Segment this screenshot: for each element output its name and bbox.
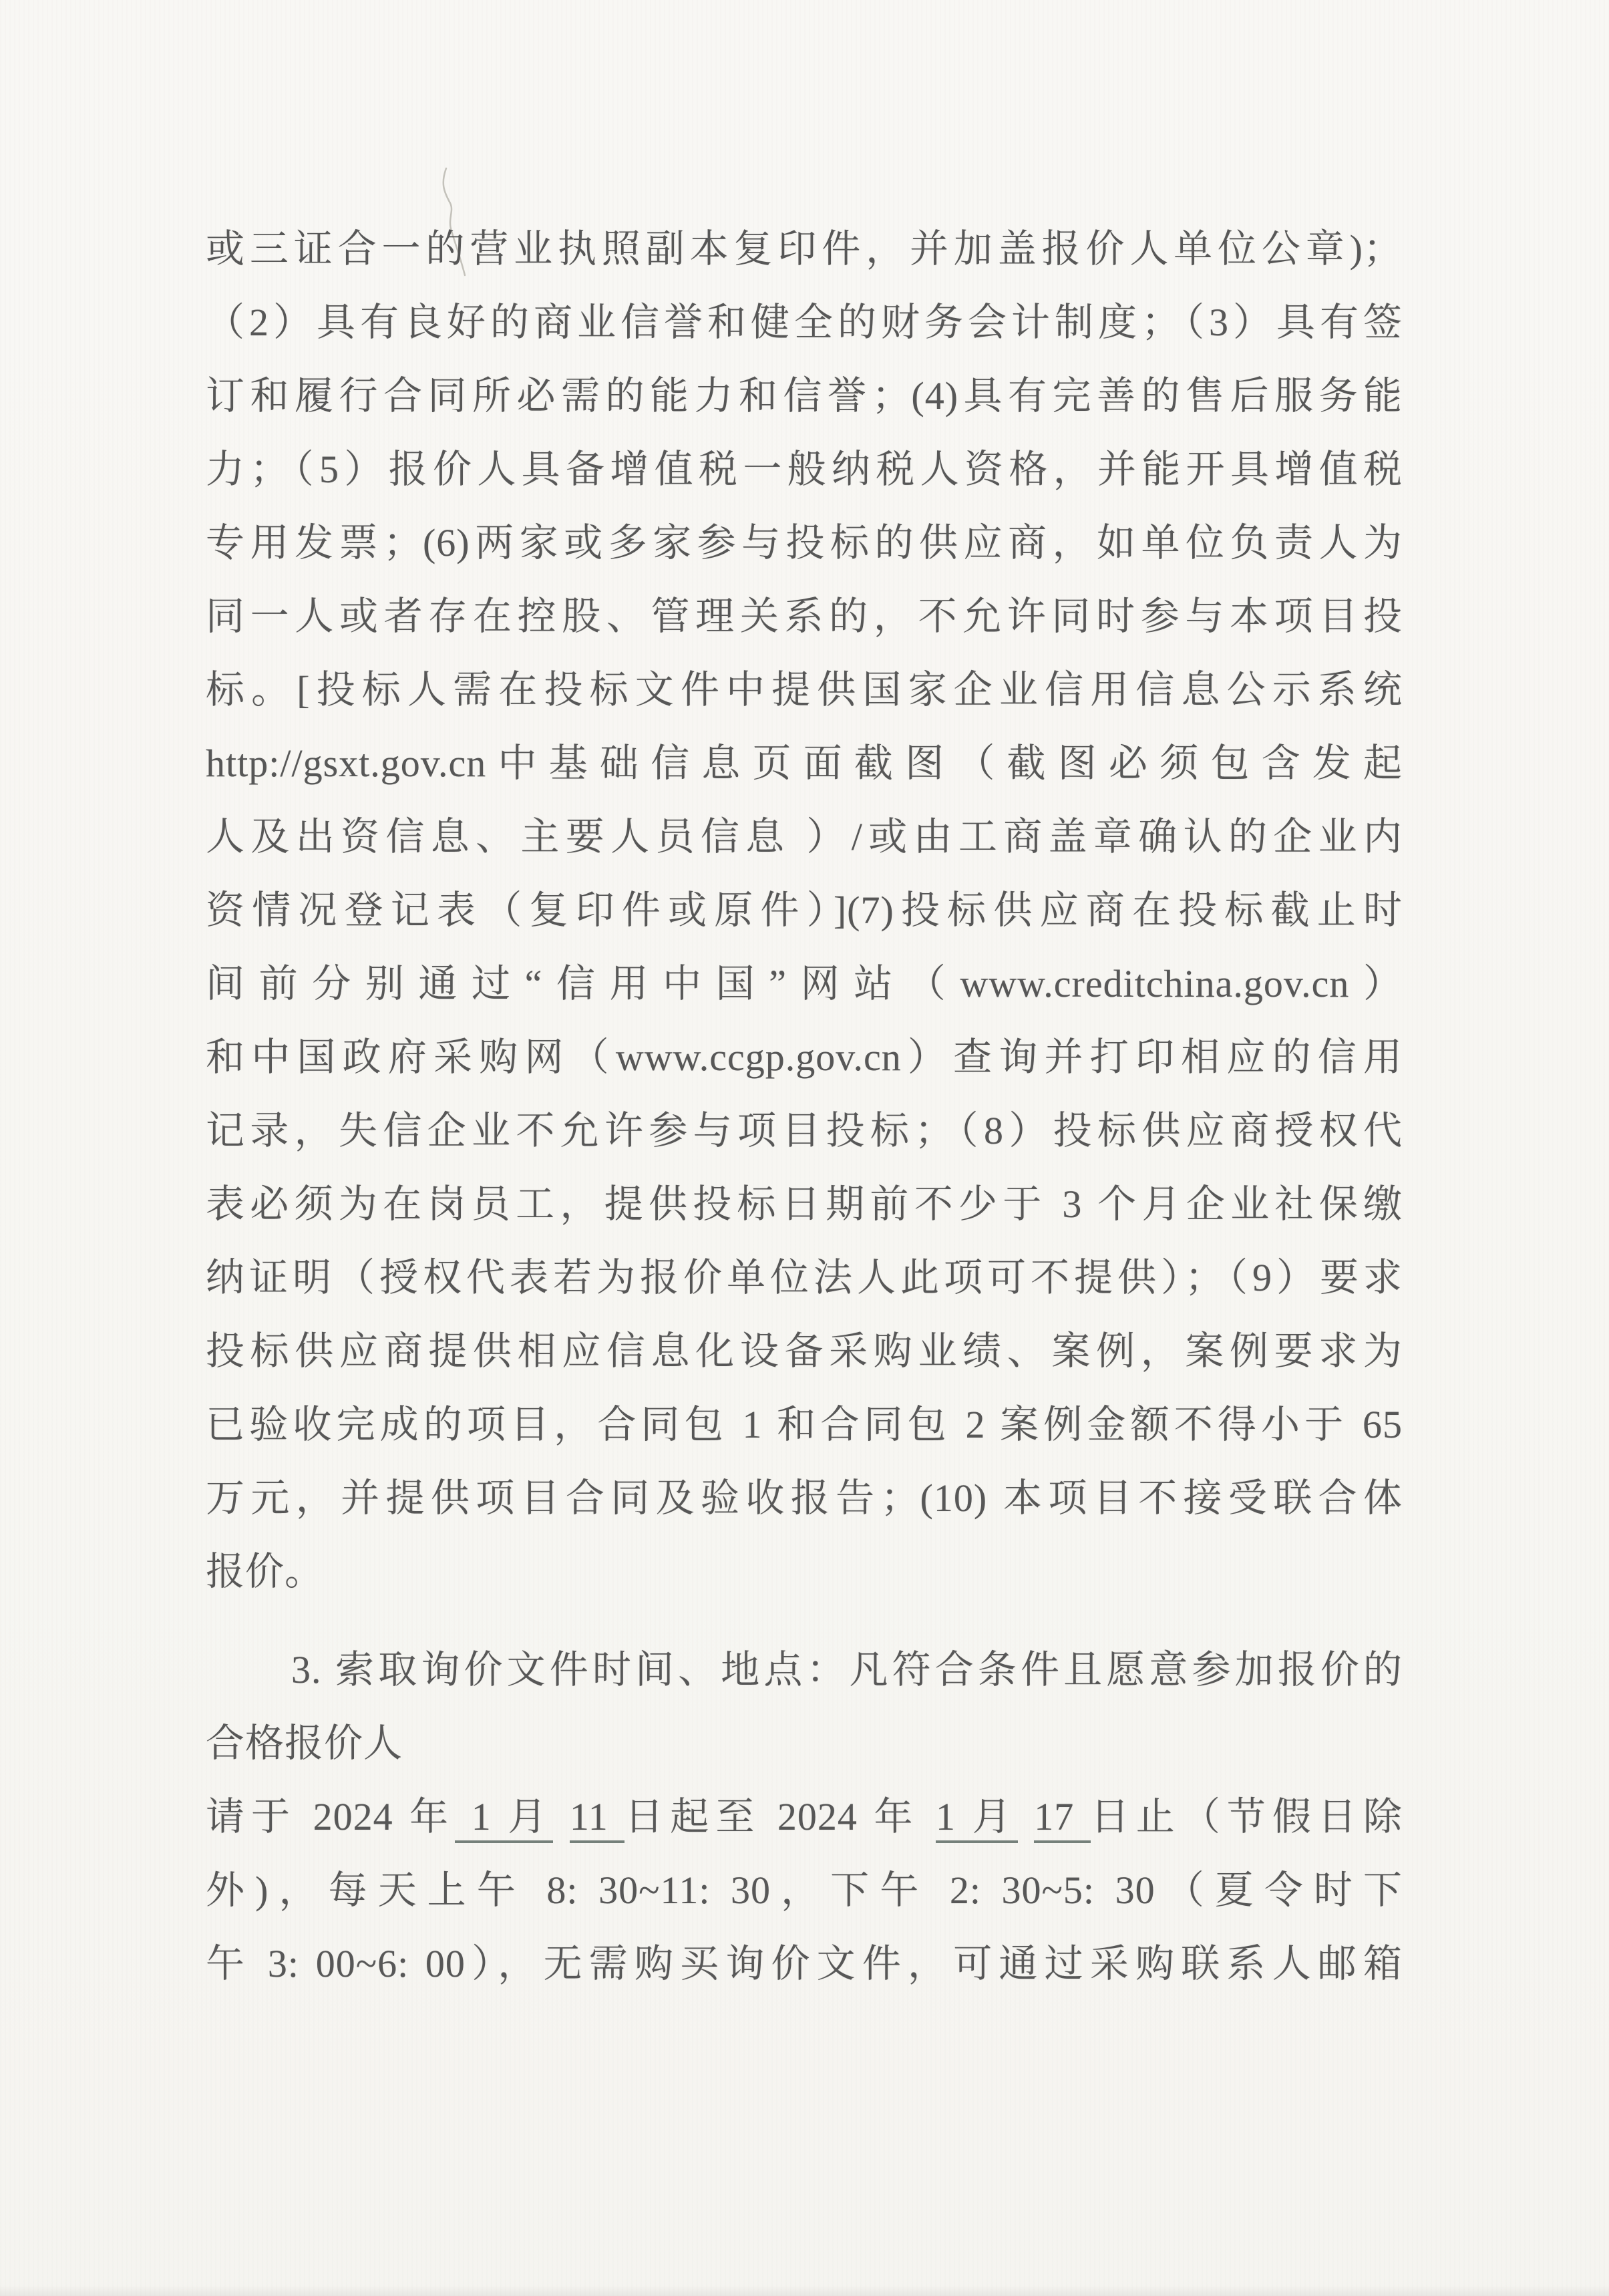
body-text-line: 和中国政府采购网（www.ccgp.gov.cn）查询并打印相应的信用	[206, 1021, 1403, 1094]
body-text-line: 标。[投标人需在投标文件中提供国家企业信用信息公示系统	[206, 653, 1403, 727]
body-text-line: 或三证合一的营业执照副本复印件，并加盖报价人单位公章)；	[206, 212, 1403, 286]
date-line: 请于 2024 年 1 月 11 日起至 2024 年 1 月 17 日止（节假…	[206, 1780, 1403, 1854]
body-text-line: 同一人或者存在控股、管理关系的，不允许同时参与本项目投	[206, 580, 1403, 653]
date-separator	[553, 1795, 570, 1838]
body-text-line: 纳证明（授权代表若为报价单位法人此项可不提供）；（9）要求	[206, 1241, 1403, 1315]
body-text-line: 专用发票；(6)两家或多家参与投标的供应商，如单位负责人为	[206, 506, 1403, 580]
section-3-heading: 3. 索取询价文件时间、地点：凡符合条件且愿意参加报价的	[206, 1633, 1403, 1707]
document-text-block: 或三证合一的营业执照副本复印件，并加盖报价人单位公章)； （2）具有良好的商业信…	[206, 212, 1403, 2001]
body-text-line: 订和履行合同所必需的能力和信誉；(4)具有完善的售后服务能	[206, 359, 1403, 433]
body-text-line: 报价。	[206, 1535, 1403, 1609]
page-bottom-shadow	[0, 2285, 1609, 2296]
body-text-line: 已验收完成的项目，合同包 1 和合同包 2 案例金额不得小于 65	[206, 1388, 1403, 1462]
date-day-1-underlined: 11	[570, 1795, 624, 1843]
date-text-mid: 日起至 2024 年	[624, 1795, 936, 1838]
body-text-line: 投标供应商提供相应信息化设备采购业绩、案例，案例要求为	[206, 1315, 1403, 1388]
body-text-line: 力；（5）报价人具备增值税一般纳税人资格，并能开具增值税	[206, 433, 1403, 506]
date-separator	[1018, 1795, 1035, 1838]
body-text-line: 资情况登记表（复印件或原件）](7)投标供应商在投标截止时	[206, 874, 1403, 947]
date-text-prefix: 请于 2024 年	[206, 1795, 455, 1838]
date-day-2-underlined: 17	[1034, 1795, 1091, 1843]
date-month-1-underlined: 1 月	[455, 1795, 553, 1843]
body-text-line: 外)，每天上午 8: 30~11: 30，下午 2: 30~5: 30（夏令时下	[206, 1854, 1403, 1927]
date-month-2-underlined: 1 月	[936, 1795, 1018, 1843]
body-text-line: 午 3: 00~6: 00），无需购买询价文件，可通过采购联系人邮箱	[206, 1927, 1403, 2001]
body-text-line: 记录，失信企业不允许参与项目投标；（8）投标供应商授权代	[206, 1094, 1403, 1168]
scanned-document-page: 或三证合一的营业执照副本复印件，并加盖报价人单位公章)； （2）具有良好的商业信…	[0, 0, 1609, 2296]
body-text-line: （2）具有良好的商业信誉和健全的财务会计制度；（3）具有签	[206, 286, 1403, 359]
body-text-line: 间前分别通过“信用中国”网站（www.creditchina.gov.cn）	[206, 947, 1403, 1021]
section-3-heading-cont: 合格报价人	[206, 1707, 1403, 1780]
date-text-suffix: 日止（节假日除	[1091, 1795, 1403, 1838]
body-text-line: 人及出资信息、主要人员信息 ）/或由工商盖章确认的企业内	[206, 800, 1403, 874]
body-text-line: 表必须为在岗员工，提供投标日期前不少于 3 个月企业社保缴	[206, 1168, 1403, 1241]
body-text-line: 万元，并提供项目合同及验收报告；(10) 本项目不接受联合体	[206, 1462, 1403, 1535]
body-text-line: http://gsxt.gov.cn中基础信息页面截图（截图必须包含发起	[206, 727, 1403, 800]
